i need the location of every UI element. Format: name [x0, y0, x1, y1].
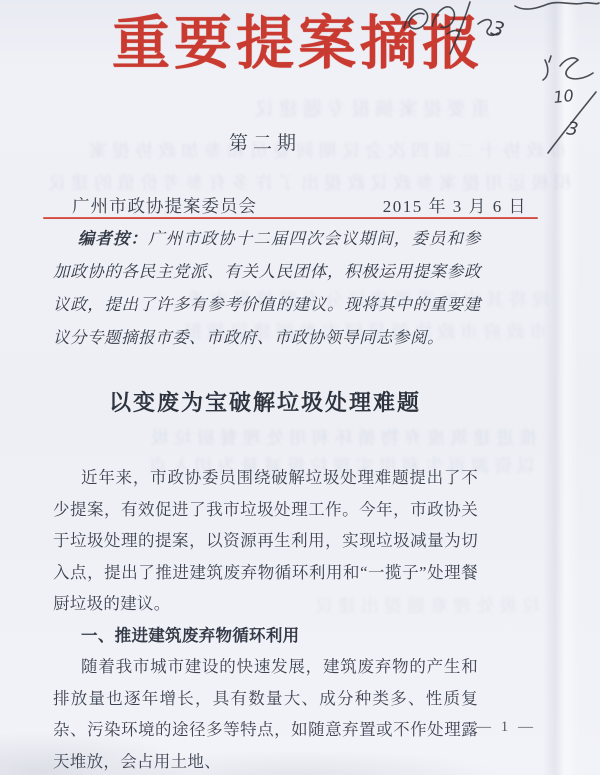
issue-date: 2015 年 3 月 6 日 — [383, 192, 527, 217]
scanned-document-page: 重要提案摘报专题建议 市政协十二届四次会议期间委员和参加政协提案 积极运用提案参… — [0, 0, 600, 775]
bleedthrough-text-line: 推进建筑废弃物循环利用处理餐厨垃圾 — [72, 424, 537, 450]
masthead-divider-rule — [43, 217, 538, 219]
bulletin-masthead-title: 重要提案摘报 — [0, 8, 596, 80]
page-number: — 1 — — [476, 719, 536, 736]
handwritten-number: 3 — [565, 118, 579, 140]
issue-number: 第二期 — [0, 128, 530, 155]
editor-note-paragraph: 编者按：广州市政协十二届四次会议期间，委员和参加政协的各民主党派、有关人民团体，… — [53, 222, 481, 354]
masthead-info-row: 广州市政协提案委员会 2015 年 3 月 6 日 — [72, 192, 527, 218]
editor-note-label: 编者按： — [78, 229, 148, 248]
issuing-organization: 广州市政协提案委员会 — [72, 193, 257, 218]
article-body: 近年来，市政协委员围绕破解垃圾处理难题提出了不少提案，有效促进了我市垃圾处理工作… — [53, 462, 478, 775]
fraction-slash-stroke — [548, 92, 596, 153]
article-title: 以变废为宝破解垃圾处理难题 — [0, 386, 530, 417]
bleedthrough-text-line: 重要提案摘报专题建议 — [160, 94, 490, 121]
body-paragraph: 随着我市城市建设的快速发展，建筑废弃物的产生和排放量也逐年增长，具有数量大、成分… — [53, 651, 478, 775]
handwritten-number: 10 — [552, 86, 574, 107]
body-paragraph: 近年来，市政协委员围绕破解垃圾处理难题提出了不少提案，有效促进了我市垃圾处理工作… — [53, 462, 478, 620]
section-heading: 一、推进建筑废弃物循环利用 — [53, 620, 478, 652]
